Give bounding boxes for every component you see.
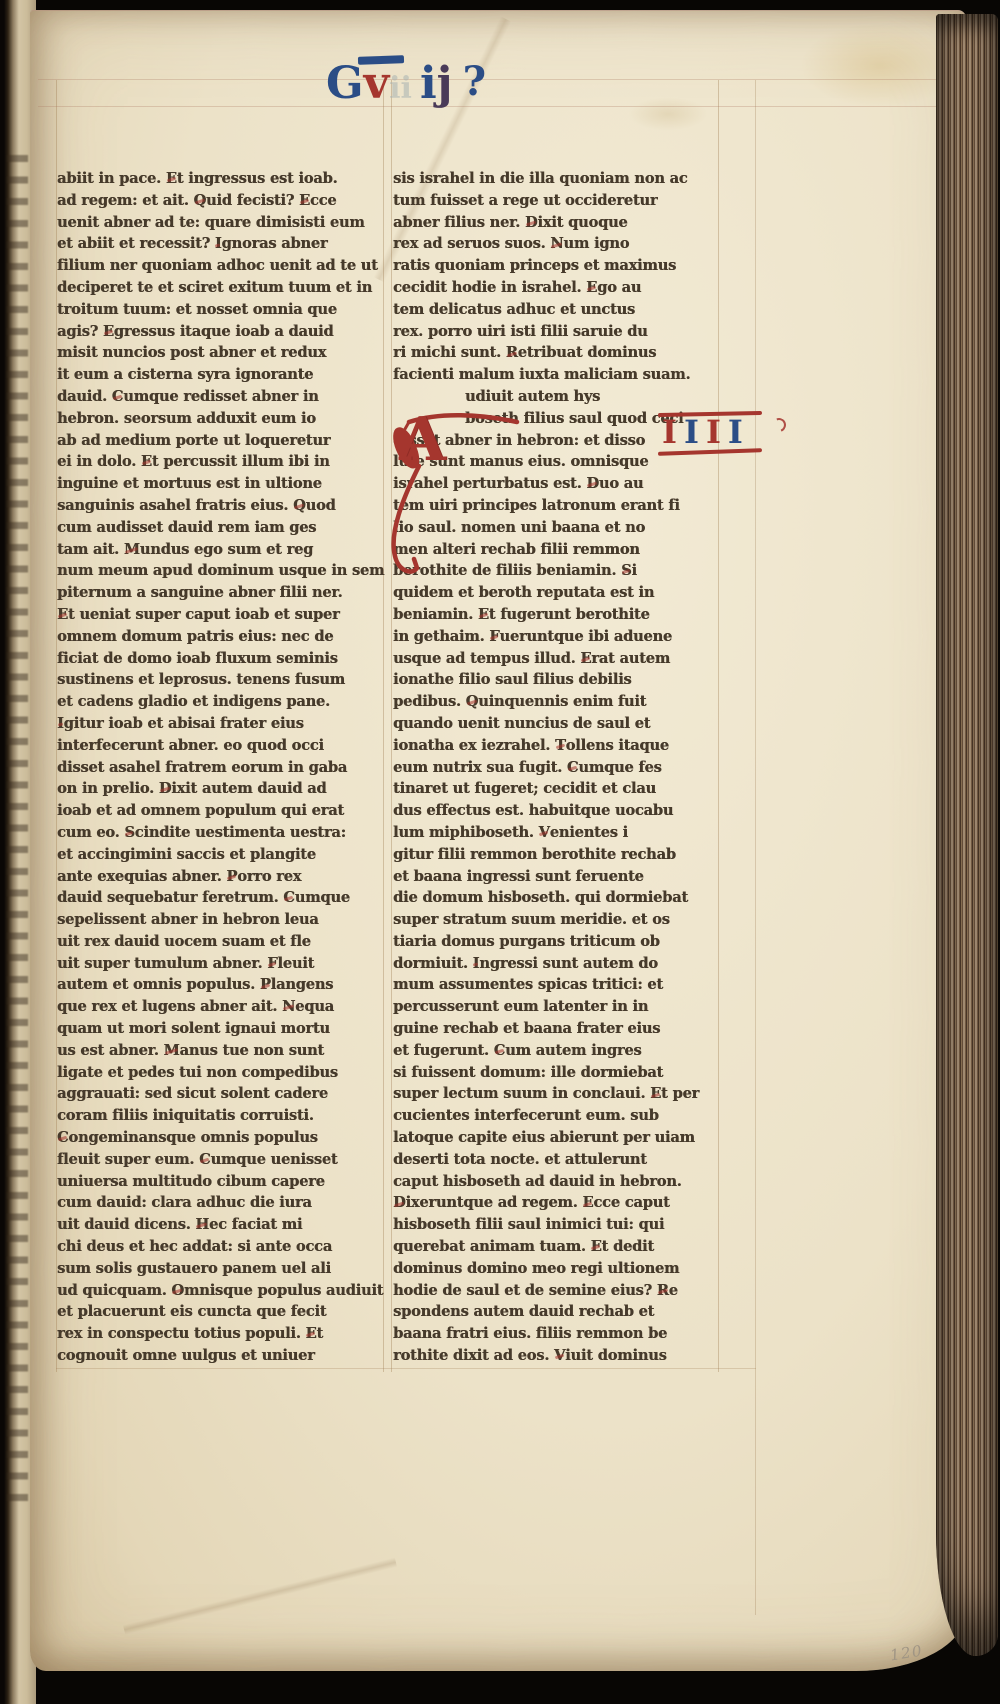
text-line: latoque capite eius abierunt per uiam [393, 1131, 725, 1146]
numeral-stroke: I [706, 415, 721, 449]
text-line: pedibus. Quinquennis enim fuit [393, 695, 725, 710]
text-line: hisboseth filii saul inimici tui: qui [393, 1218, 725, 1233]
text-line: sepelissent abner in hebron leua [57, 913, 389, 928]
text-line: interfecerunt abner. eo quod occi [57, 739, 389, 754]
running-title-letter: i [420, 62, 437, 106]
text-line: uenit abner ad te: quare dimisisti eum [57, 216, 389, 231]
text-line: num meum apud dominum usque in sem [57, 564, 389, 579]
text-line: ab ad medium porte ut loqueretur [57, 434, 389, 449]
text-line: et baana ingressi sunt feruente [393, 870, 725, 885]
text-line: dormiuit. Ingressi sunt autem do [393, 957, 725, 972]
text-line: ioab et ad omnem populum qui erat [57, 804, 389, 819]
text-line: chi deus et hec addat: si ante occa [57, 1240, 389, 1255]
text-line: eum nutrix sua fugit. Cumque fes [393, 761, 725, 776]
text-line: facienti malum iuxta maliciam suam. [393, 368, 725, 383]
numeral-strokes: IIII [662, 415, 743, 449]
numeral-stroke: I [728, 415, 743, 449]
text-line: et fugerunt. Cum autem ingres [393, 1044, 725, 1059]
ruling-line-horizontal [38, 79, 954, 80]
text-line: cum dauid: clara adhuc die iura [57, 1196, 389, 1211]
numeral-stroke: I [662, 415, 677, 449]
ruling-line-vertical [755, 80, 756, 1615]
text-line: sum solis gustauero panem uel ali [57, 1262, 389, 1277]
folio-number: 120 [889, 1642, 925, 1665]
text-line: sanguinis asahel fratris eius. Quod [57, 499, 389, 514]
running-title-letter: ii [389, 74, 412, 104]
text-line: et abiit et recessit? Ignoras abner [57, 237, 389, 252]
text-line: guine rechab et baana frater eius [393, 1022, 725, 1037]
running-title-letter: j [437, 62, 453, 106]
running-title: Gviiij? [326, 62, 486, 122]
text-line: rothite dixit ad eos. Viuit dominus [393, 1349, 725, 1364]
text-line: tiaria domus purgans triticum ob [393, 935, 725, 950]
text-line: Igitur ioab et abisai frater eius [57, 717, 389, 732]
manuscript-scan: Gviiij? abiit in pace. Et ingressus est … [0, 0, 1000, 1704]
text-line: deciperet te et sciret exitum tuum et in [57, 281, 389, 296]
text-line: uniuersa multitudo cibum capere [57, 1175, 389, 1190]
text-line: ante exequias abner. Porro rex [57, 870, 389, 885]
text-line: die domum hisboseth. qui dormiebat [393, 891, 725, 906]
text-line: cucientes interfecerunt eum. sub [393, 1109, 725, 1124]
text-line: que rex et lugens abner ait. Nequa [57, 1000, 389, 1015]
text-line: autem et omnis populus. Plangens [57, 978, 389, 993]
text-line: super lectum suum in conclaui. Et per [393, 1087, 725, 1102]
ruling-line-horizontal [38, 106, 954, 107]
text-line: et placuerunt eis cuncta que fecit [57, 1305, 389, 1320]
text-line: fleuit super eum. Cumque uenisset [57, 1153, 389, 1168]
text-line: deserti tota nocte. et attulerunt [393, 1153, 725, 1168]
text-line: spondens autem dauid rechab et [393, 1305, 725, 1320]
text-line: omnem domum patris eius: nec de [57, 630, 389, 645]
text-line: uit super tumulum abner. Fleuit [57, 957, 389, 972]
text-line: et cadens gladio et indigens pane. [57, 695, 389, 710]
running-title-letter: ? [463, 62, 486, 102]
text-line: cum eo. Scindite uestimenta uestra: [57, 826, 389, 841]
text-line: ionathe filio saul filius debilis [393, 673, 725, 688]
text-line: tam ait. Mundus ego sum et reg [57, 543, 389, 558]
text-line: cum audisset dauid rem iam ges [57, 521, 389, 536]
text-column-left: abiit in pace. Et ingressus est ioab.ad … [57, 172, 389, 1364]
text-line: dominus domino meo regi ultionem [393, 1262, 725, 1277]
text-line: querebat animam tuam. Et dedit [393, 1240, 725, 1255]
text-line: ri michi sunt. Retribuat dominus [393, 346, 725, 361]
numeral-stroke: I [684, 415, 699, 449]
text-line: piternum a sanguine abner filii ner. [57, 586, 389, 601]
text-line: Dixeruntque ad regem. Ecce caput [393, 1196, 725, 1211]
ruling-line-horizontal [56, 1368, 756, 1369]
text-line: misit nuncios post abner et redux [57, 346, 389, 361]
text-line: ad regem: et ait. Quid fecisti? Ecce [57, 194, 389, 209]
chapter-initial: A [399, 410, 446, 470]
text-line: caput hisboseth ad dauid in hebron. [393, 1175, 725, 1190]
text-line: si fuissent domum: ille dormiebat [393, 1066, 725, 1081]
text-line: ficiat de domo ioab fluxum seminis [57, 652, 389, 667]
text-line: cognouit omne uulgus et uniuer [57, 1349, 389, 1364]
text-line: sis israhel in die illa quoniam non ac [393, 172, 725, 187]
text-line: inguine et mortuus est in ultione [57, 477, 389, 492]
text-line: it eum a cisterna syra ignorante [57, 368, 389, 383]
running-title-letter: v [364, 62, 390, 106]
text-line: dauid. Cumque redisset abner in [57, 390, 389, 405]
parchment-crease [123, 1557, 397, 1634]
text-line: in gethaim. Fueruntque ibi aduene [393, 630, 725, 645]
text-line: troitum tuum: et nosset omnia que [57, 303, 389, 318]
text-line: tum fuisset a rege ut occideretur [393, 194, 725, 209]
text-line: abner filius ner. Dixit quoque [393, 216, 725, 231]
text-line: super stratum suum meridie. et os [393, 913, 725, 928]
text-line: cecidit hodie in israhel. Ego au [393, 281, 725, 296]
text-line: us est abner. Manus tue non sunt [57, 1044, 389, 1059]
text-line: disset asahel fratrem eorum in gaba [57, 761, 389, 776]
text-line: ud quicquam. Omnisque populus audiuit [57, 1284, 389, 1299]
text-line: aggrauati: sed sicut solent cadere [57, 1087, 389, 1102]
text-line: quam ut mori solent ignaui mortu [57, 1022, 389, 1037]
text-line: coram filiis iniquitatis corruisti. [57, 1109, 389, 1124]
text-line: baana fratri eius. filiis remmon be [393, 1327, 725, 1342]
text-line: dus effectus est. habuitque uocabu [393, 804, 725, 819]
text-line: hebron. seorsum adduxit eum io [57, 412, 389, 427]
text-line: uit dauid dicens. Hec faciat mi [57, 1218, 389, 1233]
text-line: agis? Egressus itaque ioab a dauid [57, 325, 389, 340]
text-line: Et ueniat super caput ioab et super [57, 608, 389, 623]
text-line: filium ner quoniam adhoc uenit ad te ut [57, 259, 389, 274]
text-line: sustinens et leprosus. tenens fusum [57, 673, 389, 688]
running-title-letter: G [326, 62, 364, 106]
text-line: beniamin. Et fugerunt berothite [393, 608, 725, 623]
text-line: ionatha ex iezrahel. Tollens itaque [393, 739, 725, 754]
text-line: ei in dolo. Et percussit illum ibi in [57, 455, 389, 470]
text-line: abiit in pace. Et ingressus est ioab. [57, 172, 389, 187]
text-line: dauid sequebatur feretrum. Cumque [57, 891, 389, 906]
text-line: mum assumentes spicas tritici: et [393, 978, 725, 993]
text-line: et accingimini saccis et plangite [57, 848, 389, 863]
text-line: ligate et pedes tui non compedibus [57, 1066, 389, 1081]
text-line: hodie de saul et de semine eius? Re [393, 1284, 725, 1299]
text-line: percusserunt eum latenter in in [393, 1000, 725, 1015]
text-line: Congeminansque omnis populus [57, 1131, 389, 1146]
text-line: gitur filii remmon berothite rechab [393, 848, 725, 863]
text-line: ratis quoniam princeps et maximus [393, 259, 725, 274]
text-line: rex ad seruos suos. Num igno [393, 237, 725, 252]
text-column-right: sis israhel in die illa quoniam non actu… [393, 172, 725, 1364]
parchment-stain [628, 97, 708, 131]
text-line: tinaret ut fugeret; cecidit et clau [393, 782, 725, 797]
text-line: quando uenit nuncius de saul et [393, 717, 725, 732]
text-line: tem delicatus adhuc et unctus [393, 303, 725, 318]
text-line: rex in conspectu totius populi. Et [57, 1327, 389, 1342]
ruling-line-vertical [391, 80, 392, 1372]
book-fore-edge [936, 14, 998, 1656]
text-line: uit rex dauid uocem suam et fle [57, 935, 389, 950]
text-line: lum miphiboseth. Venientes i [393, 826, 725, 841]
text-line: usque ad tempus illud. Erat autem [393, 652, 725, 667]
text-line: on in prelio. Dixit autem dauid ad [57, 782, 389, 797]
text-line: rex. porro uiri isti filii saruie du [393, 325, 725, 340]
chapter-numeral: IIII [656, 412, 768, 454]
